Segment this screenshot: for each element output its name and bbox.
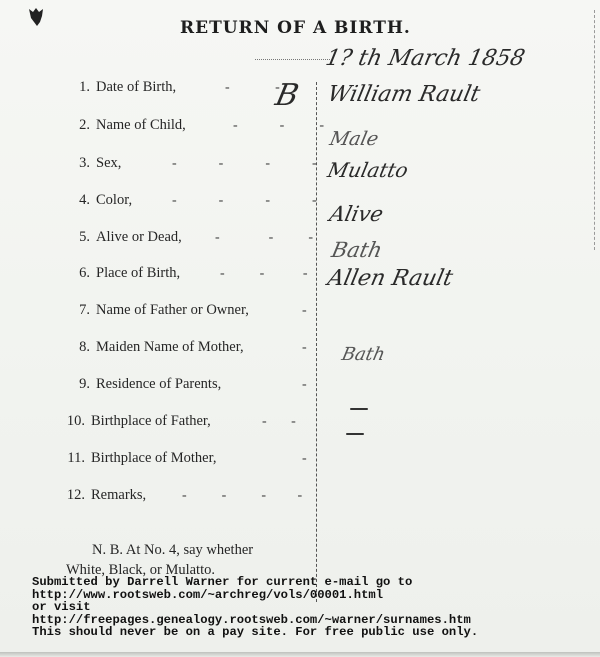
field-label: Remarks, — [91, 487, 146, 503]
value-father-or-owner: Allen Rault — [325, 266, 455, 291]
field-date-of-birth: 1.Date of Birth, — [68, 79, 176, 96]
leader-dots: - - - - — [172, 156, 317, 172]
leader-dots: - — [302, 303, 307, 319]
leader-dots: - - - — [220, 266, 308, 282]
field-label: Place of Birth, — [96, 265, 180, 281]
ink-blot-icon — [27, 6, 45, 28]
field-number: 12. — [63, 487, 85, 504]
field-place-of-birth: 6.Place of Birth, — [68, 265, 180, 282]
leader-dots: - - - — [215, 230, 313, 246]
leader-dots: - — [302, 377, 307, 393]
field-alive-or-dead: 5.Alive or Dead, — [68, 229, 182, 246]
note-line-1: N. B. At No. 4, say whether — [92, 542, 253, 558]
leader-dots: - — [302, 451, 307, 467]
field-number: 11. — [63, 450, 85, 467]
leader-dots: - — [302, 340, 307, 356]
field-maiden-name-of-mother: 8.Maiden Name of Mother, — [68, 339, 244, 356]
page-edge — [594, 10, 595, 250]
field-label: Name of Father or Owner, — [96, 302, 249, 318]
value-name-of-child: William Rault — [325, 82, 482, 107]
field-label: Name of Child, — [96, 117, 186, 133]
title-rule — [255, 59, 330, 60]
field-label: Birthplace of Mother, — [91, 450, 216, 466]
value-birthplace-of-mother-dash — [346, 433, 364, 435]
field-number: 4. — [68, 192, 90, 209]
field-number: 3. — [68, 155, 90, 172]
field-number: 10. — [63, 413, 85, 430]
value-color: Mulatto — [325, 158, 410, 182]
value-sex: Male — [328, 128, 381, 150]
watermark-notice: This should never be on a pay site. For … — [32, 625, 478, 639]
field-birthplace-of-father: 10.Birthplace of Father, — [63, 413, 211, 430]
leader-dots: - - - - — [182, 488, 302, 504]
leader-dots: - - — [225, 80, 280, 96]
leader-dots: - - - - — [172, 193, 317, 209]
value-alive-or-dead: Alive — [327, 202, 385, 226]
field-label: Residence of Parents, — [96, 376, 221, 392]
document-title: RETURN OF A BIRTH. — [180, 18, 411, 38]
field-label: Alive or Dead, — [96, 229, 182, 245]
value-residence-of-parents: Bath — [340, 344, 387, 365]
leader-dots: - - - — [233, 118, 324, 134]
document-page: RETURN OF A BIRTH. 1.Date of Birth, 2.Na… — [0, 0, 600, 657]
field-label: Color, — [96, 192, 132, 208]
field-label: Maiden Name of Mother, — [96, 339, 244, 355]
field-label: Sex, — [96, 155, 121, 171]
field-color: 4.Color, — [68, 192, 132, 209]
submission-watermark: Submitted by Darrell Warner for current … — [32, 576, 478, 639]
field-number: 2. — [68, 117, 90, 134]
value-birthplace-of-father-dash — [350, 408, 368, 410]
field-remarks: 12.Remarks, — [63, 487, 146, 504]
field-sex: 3.Sex, — [68, 155, 121, 172]
field-number: 6. — [68, 265, 90, 282]
note: N. B. At No. 4, say whether White, Black… — [92, 540, 253, 580]
value-date-of-birth: 1? th March 1858 — [323, 46, 527, 71]
leader-dots: - - — [262, 414, 296, 430]
field-name-of-father: 7.Name of Father or Owner, — [68, 302, 249, 319]
field-birthplace-of-mother: 11.Birthplace of Mother, — [63, 450, 216, 467]
value-place-of-birth: Bath — [329, 238, 384, 262]
field-number: 5. — [68, 229, 90, 246]
field-number: 8. — [68, 339, 90, 356]
field-label: Date of Birth, — [96, 79, 176, 95]
field-label: Birthplace of Father, — [91, 413, 211, 429]
page-bottom-edge — [0, 652, 600, 657]
field-residence-of-parents: 9.Residence of Parents, — [68, 376, 221, 393]
field-number: 1. — [68, 79, 90, 96]
field-name-of-child: 2.Name of Child, — [68, 117, 186, 134]
field-number: 9. — [68, 376, 90, 393]
field-number: 7. — [68, 302, 90, 319]
